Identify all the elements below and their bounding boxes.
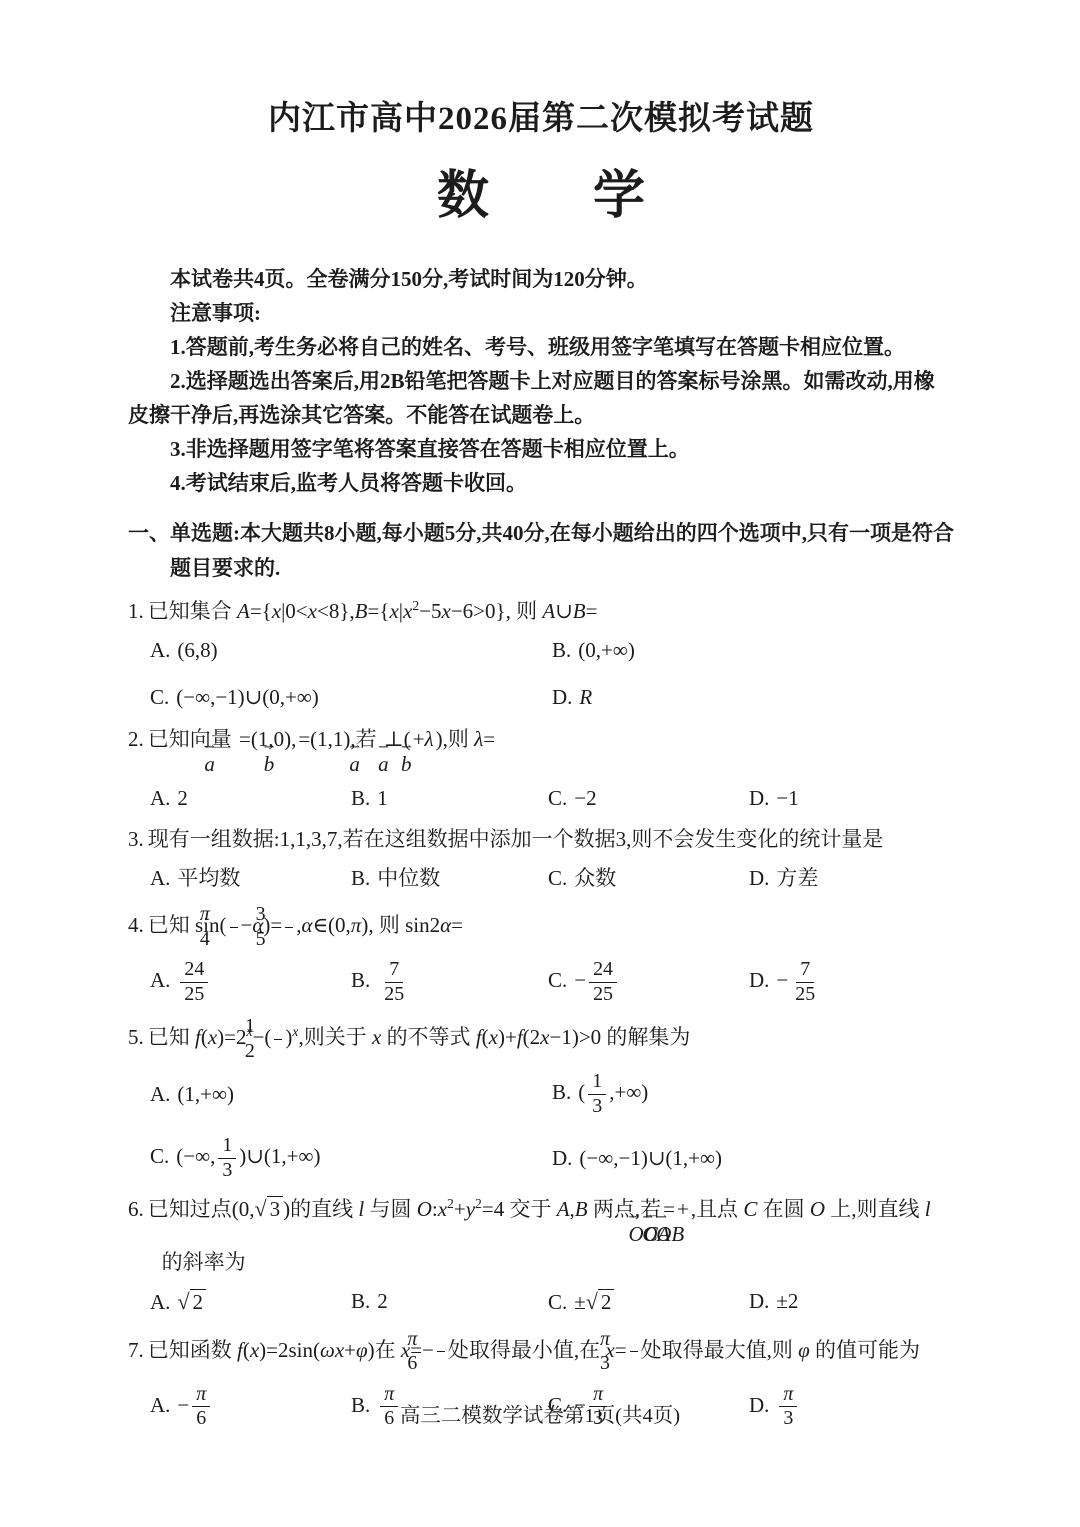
question-6: 6.已知过点(0,√3)的直线 l 与圆 O:x2+y2=4 交于 A,B 两点…: [128, 1192, 954, 1319]
exam-instructions: 本试卷共4页。全卷满分150分,考试时间为120分钟。 注意事项: 1.答题前,…: [128, 262, 954, 500]
option-label: B.: [351, 866, 370, 890]
option-label: A.: [150, 968, 170, 992]
notice-item-1: 1.答题前,考生务必将自己的姓名、考号、班级用签字笔填写在答题卡相应位置。: [128, 330, 954, 364]
question-options: A.(1,+∞)B.(13,+∞)C.(−∞,13)∪(1,+∞)D.(−∞,−…: [128, 1070, 954, 1182]
option-B: B.(0,+∞): [552, 635, 954, 667]
exam-summary: 本试卷共4页。全卷满分150分,考试时间为120分钟。: [128, 262, 954, 296]
option-label: D.: [552, 685, 572, 709]
question-stem: 5.已知 f(x)=2x−(12)x,则关于 x 的不等式 f(x)+f(2x−…: [128, 1015, 954, 1063]
option-D: D.方差: [749, 863, 954, 895]
question-list: 1.已知集合 A={x|0<x<8},B={x|x2−5x−6>0}, 则 A∪…: [128, 595, 954, 1431]
question-options: A.√2B.2C.±√2D.±2: [128, 1285, 954, 1319]
option-label: A.: [150, 866, 170, 890]
option-D: D.(−∞,−1)∪(1,+∞): [552, 1143, 954, 1175]
question-stem: 2.已知向量 ⇀a=(1,0),⇀b=(1,1),若 ⇀a⊥(⇀a+λ⇀b),则…: [128, 723, 954, 776]
option-label: A.: [150, 1290, 170, 1314]
question-stem: 7.已知函数 f(x)=2sin(ωx+φ)在 x=−π6处取得最小值,在 x=…: [128, 1328, 954, 1376]
option-A: A.平均数: [150, 863, 351, 895]
option-label: B.: [552, 1080, 571, 1104]
option-C: C.−2: [548, 783, 749, 815]
option-B: B.725: [351, 958, 548, 1006]
question-options: A.2B.1C.−2D.−1: [128, 783, 954, 815]
question-options: A.平均数B.中位数C.众数D.方差: [128, 863, 954, 895]
option-label: C.: [548, 968, 567, 992]
page-footer: 高三二模数学试卷第1页(共4页): [0, 1398, 1080, 1428]
subject-title: 数 学: [128, 153, 954, 228]
option-label: B.: [351, 968, 370, 992]
option-C: C.−2425: [548, 958, 749, 1006]
option-C: C.(−∞,−1)∪(0,+∞): [150, 682, 552, 714]
question-stem: 4.已知 sin(π4−α)=35,α∈(0,π), 则 sin2α=: [128, 903, 954, 951]
option-B: B.2: [351, 1286, 548, 1318]
option-label: A.: [150, 1082, 170, 1106]
option-C: C.(−∞,13)∪(1,+∞): [150, 1134, 552, 1182]
notice-item-4: 4.考试结束后,监考人员将答题卡收回。: [128, 466, 954, 500]
notice-title: 注意事项:: [128, 296, 954, 330]
question-1: 1.已知集合 A={x|0<x<8},B={x|x2−5x−6>0}, 则 A∪…: [128, 595, 954, 714]
question-stem: 1.已知集合 A={x|0<x<8},B={x|x2−5x−6>0}, 则 A∪…: [128, 595, 954, 628]
option-B: B.中位数: [351, 863, 548, 895]
option-label: C.: [548, 1290, 567, 1314]
question-2: 2.已知向量 ⇀a=(1,0),⇀b=(1,1),若 ⇀a⊥(⇀a+λ⇀b),则…: [128, 723, 954, 815]
option-label: C.: [548, 786, 567, 810]
question-4: 4.已知 sin(π4−α)=35,α∈(0,π), 则 sin2α=A.242…: [128, 903, 954, 1006]
question-options: A.(6,8)B.(0,+∞)C.(−∞,−1)∪(0,+∞)D.R: [128, 635, 954, 714]
question-number: 1.: [128, 599, 144, 623]
question-3: 3.现有一组数据:1,1,3,7,若在这组数据中添加一个数据3,则不会发生变化的…: [128, 823, 954, 894]
option-B: B.1: [351, 783, 548, 815]
option-label: D.: [749, 968, 769, 992]
option-label: B.: [351, 1289, 370, 1313]
option-label: B.: [552, 638, 571, 662]
option-D: D.±2: [749, 1286, 954, 1318]
option-label: A.: [150, 638, 170, 662]
option-label: C.: [548, 866, 567, 890]
question-number: 3.: [128, 827, 144, 851]
option-label: B.: [351, 786, 370, 810]
notice-item-3: 3.非选择题用签字笔将答案直接答在答题卡相应位置上。: [128, 432, 954, 466]
option-C: C.±√2: [548, 1285, 749, 1319]
exam-title: 内江市高中2026届第二次模拟考试题: [128, 92, 954, 139]
option-B: B.(13,+∞): [552, 1070, 954, 1118]
question-5: 5.已知 f(x)=2x−(12)x,则关于 x 的不等式 f(x)+f(2x−…: [128, 1015, 954, 1182]
option-D: D.R: [552, 682, 954, 714]
option-A: A.(1,+∞): [150, 1079, 552, 1111]
option-label: C.: [150, 685, 169, 709]
option-A: A.(6,8): [150, 635, 552, 667]
option-A: A.√2: [150, 1285, 351, 1319]
question-stem: 3.现有一组数据:1,1,3,7,若在这组数据中添加一个数据3,则不会发生变化的…: [128, 823, 954, 856]
option-label: D.: [552, 1146, 572, 1170]
exam-page: 内江市高中2026届第二次模拟考试题 数 学 本试卷共4页。全卷满分150分,考…: [0, 0, 1080, 1527]
option-label: D.: [749, 786, 769, 810]
question-number: 7.: [128, 1338, 144, 1362]
notice-item-2: 2.选择题选出答案后,用2B铅笔把答题卡上对应题目的答案标号涂黑。如需改动,用橡…: [128, 364, 954, 432]
option-A: A.2425: [150, 958, 351, 1006]
option-label: C.: [150, 1144, 169, 1168]
question-options: A.2425B.725C.−2425D.−725: [128, 958, 954, 1006]
option-label: A.: [150, 786, 170, 810]
option-A: A.2: [150, 783, 351, 815]
question-number: 2.: [128, 727, 144, 751]
section-header-single-choice: 一、单选题:本大题共8小题,每小题5分,共40分,在每小题给出的四个选项中,只有…: [128, 516, 954, 586]
question-number: 4.: [128, 913, 144, 937]
option-C: C.众数: [548, 863, 749, 895]
question-stem: 6.已知过点(0,√3)的直线 l 与圆 O:x2+y2=4 交于 A,B 两点…: [128, 1192, 954, 1279]
question-number: 6.: [128, 1197, 144, 1221]
option-label: D.: [749, 1289, 769, 1313]
option-D: D.−1: [749, 783, 954, 815]
question-number: 5.: [128, 1025, 144, 1049]
option-D: D.−725: [749, 958, 954, 1006]
option-label: D.: [749, 866, 769, 890]
